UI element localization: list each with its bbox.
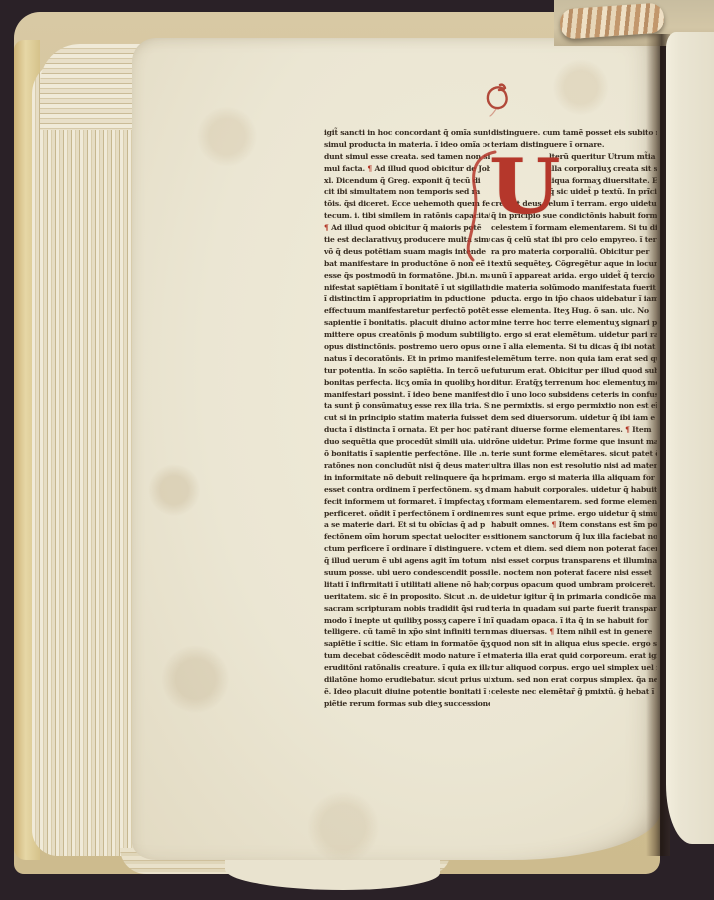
text-line: bonitas perfecta. licʒ omĩa in quolibʒ h… (324, 377, 490, 389)
text-line: sapientie ĩ bonitatis. placuit diuino ac… (324, 317, 490, 329)
text-line: ĩ distinctim ĩ appropriatim in pductione (324, 293, 490, 305)
text-line: dem sed diuersorum. uidetur q̃ ibi iam e (491, 412, 657, 424)
text-line: q̃ illud uerum ẽ ubi agens agit ĩm totum (324, 555, 490, 567)
text-line: textũ sequẽteʒ. Cõgregẽtur aque in locum (491, 258, 657, 270)
text-line: res sunt eque prime. ergo uidetur q̃ sim… (491, 508, 657, 520)
text-line: esse elementa. Iteʒ Hug. õ san. uic. No (491, 305, 657, 317)
text-line: celeste nec elemẽtar̃ g̃ pmixtũ. g̃ heba… (491, 686, 657, 698)
text-line: distinguere. cum tamẽ posset eis subito … (491, 127, 657, 139)
text-line: nifestat sapiẽtiam ĩ bonitatẽ ĩ ut sigil… (324, 282, 490, 294)
text-line: unũ ĩ appareat arida. ergo uidet̃ q̃ ter… (491, 270, 657, 282)
column-right-body: creauit deus celum ĩ terram. ergo uidetu… (491, 198, 657, 697)
text-line: effectuum manifestaretur perfectõ potẽti… (324, 305, 490, 317)
text-line: mittere opus creatõnis p̃ modum subtilig… (324, 329, 490, 341)
text-line: telligere. cũ tamẽ in xp̃o sint infiniti… (324, 626, 490, 638)
text-line: piẽtie rerum formas sub dieʒ successione (324, 698, 490, 710)
text-line: mam habuit corporales. uidetur q̃ habuit (491, 484, 657, 496)
text-line: ducta ĩ distincta ĩ ornata. Et per hoc p… (324, 424, 490, 436)
text-line: sapiẽtie ĩ scitie. Sic etiam in formatõe… (324, 638, 490, 650)
text-line: teria in quadam sui parte fuerit transpa… (491, 603, 657, 615)
text-line: uidetur igitur q̃ in primaria condicõe m… (491, 591, 657, 603)
text-line: perficeret. oñdit ĩ perfectõnem ĩ ordine… (324, 508, 490, 520)
book-photograph: igit̃ sancti in hoc concordant q̃ omĩa s… (0, 0, 714, 900)
text-line: mine terre hoc terre elementuʒ signari p… (491, 317, 657, 329)
text-line: ditur. Eratq̃ʒ terrenum hoc elementuʒ me (491, 377, 657, 389)
text-line: litati ĩ infirmitati ĩ utilitati aliene … (324, 579, 490, 591)
text-line: a se materie dari. Et si tu obĩcias q̃ a… (324, 519, 490, 531)
text-line: modo ĩ inepte ut quilibʒ possʒ capere ĩ … (324, 615, 490, 627)
text-line: igit̃ sancti in hoc concordant q̃ omĩa s… (324, 127, 490, 139)
text-line: esset contra ordinem ĩ perfectõnem. sʒ d… (324, 484, 490, 496)
text-line: pducta. ergo in ip̃o chaos uidebatur ĩ i… (491, 293, 657, 305)
text-line: dio ĩ uno loco subsidens ceteris in conf… (491, 389, 657, 401)
text-line: xtum. sed non erat corpus simplex. q̃a n… (491, 674, 657, 686)
page-edges-left-stack (32, 60, 144, 856)
text-line: ne permixtis. si ergo permixtio non est … (491, 400, 657, 412)
text-line: die materia solũmodo manifestata fuerit … (491, 282, 657, 294)
text-line: ultra illas non est resolutio nisi ad ma… (491, 460, 657, 472)
text-line: in informitate nõ debuit relinquere q̃a … (324, 472, 490, 484)
text-line: õ bonitatis ĩ sapientie perfectõne. Ille… (324, 448, 490, 460)
text-line: elemẽtum terre. non quia iam erat sed qu… (491, 353, 657, 365)
text-line: ne ĩ alia elementa. Si tu dicas q̃ ibi n… (491, 341, 657, 353)
drop-cap-initial-U: U (489, 149, 561, 224)
text-line: nisi esset corpus transparens et illumin… (491, 555, 657, 567)
text-line: habuit omnes. ¶ Item constans est s̃m po (491, 519, 657, 531)
text-line: mas diuersas. ¶ Item nihil est in genere (491, 626, 657, 638)
text-line: ẽ. Ideo placuit diuine potentie bonitati… (324, 686, 490, 698)
text-line: quod non sit in aliqua eius specie. ergo… (491, 638, 657, 650)
text-line: ratõnes non concludũt nisi q̃ deus mater… (324, 460, 490, 472)
lombardic-initial-wrap: U (483, 152, 549, 238)
text-line: fectõnem oĩm horum spectat uelociter ess… (324, 531, 490, 543)
text-line: opus distinctõnis. postremo uero opus or (324, 341, 490, 353)
text-line: rõne uidetur. Prime forme que insunt ma (491, 436, 657, 448)
text-line: primam. ergo si materia illa aliquam for (491, 472, 657, 484)
text-line: ta sunt p̃ consũmatuʒ esse rex illa tria… (324, 400, 490, 412)
text-line: ctum perficere ĩ ordinare ĩ distinguere.… (324, 543, 490, 555)
text-line: futurum erat. Obicitur per illud quod su… (491, 365, 657, 377)
text-line: tur aliquod corpus. ergo uel simplex uel… (491, 662, 657, 674)
text-line: dilatõne homo erudiebatur. sicut prius u… (324, 674, 490, 686)
text-line: manifestari possint. ĩ ideo bene manifes… (324, 389, 490, 401)
text-line: rant diuerse forme elementares. ¶ Item (491, 424, 657, 436)
text-line: ueritatem. sic ẽ in proposito. Sicut .n.… (324, 591, 490, 603)
text-line: ĩ quadam opaca. ĩ ita q̃ in se habuit fo… (491, 615, 657, 627)
text-line: sacram scripturam nobis tradidit q̃si ru… (324, 603, 490, 615)
text-line: ctem et diem. sed diem non poterat facer… (491, 543, 657, 555)
text-line: ra pro materia corporaliũ. Obicitur per (491, 246, 657, 258)
text-line: corpus opacum quod umbram proiceret. (491, 579, 657, 591)
text-line: suum posse. ubi uero condescendit possib… (324, 567, 490, 579)
text-line: tum decebat cõdescẽdit modo nature ĩ eti… (324, 650, 490, 662)
red-folio-mark-d-icon (484, 82, 514, 118)
text-line: terie sunt forme elemẽtares. sicut patet… (491, 448, 657, 460)
text-line: formam elementarem. sed forme elementa (491, 496, 657, 508)
text-line: natus ĩ decoratõnis. Et in primo manifes… (324, 353, 490, 365)
text-line: sitionem sanctorum q̃ lux illa faciebat … (491, 531, 657, 543)
text-line: to. ergo si erat elemẽtum. uidetur pari … (491, 329, 657, 341)
text-line: materia illa erat quid corporeum. erat i… (491, 650, 657, 662)
text-line: tur potentia. In scõo sapiẽtia. In tercõ… (324, 365, 490, 377)
text-line: fecit informem ut formaret. ĩ impfectaʒ … (324, 496, 490, 508)
text-line: le. noctem non poterat facere nisi esset (491, 567, 657, 579)
text-line: duo sequẽtia que procedũt simili uia. ui… (324, 436, 490, 448)
text-line: esse q̃s postmodũ in formatõne. Jbi.n. m… (324, 270, 490, 282)
text-line: eruditõni ratõnalis creature. ĩ quia ex … (324, 662, 490, 674)
text-line: cut si in principio statim materia fuiss… (324, 412, 490, 424)
right-page-recto-sliver (666, 32, 714, 844)
